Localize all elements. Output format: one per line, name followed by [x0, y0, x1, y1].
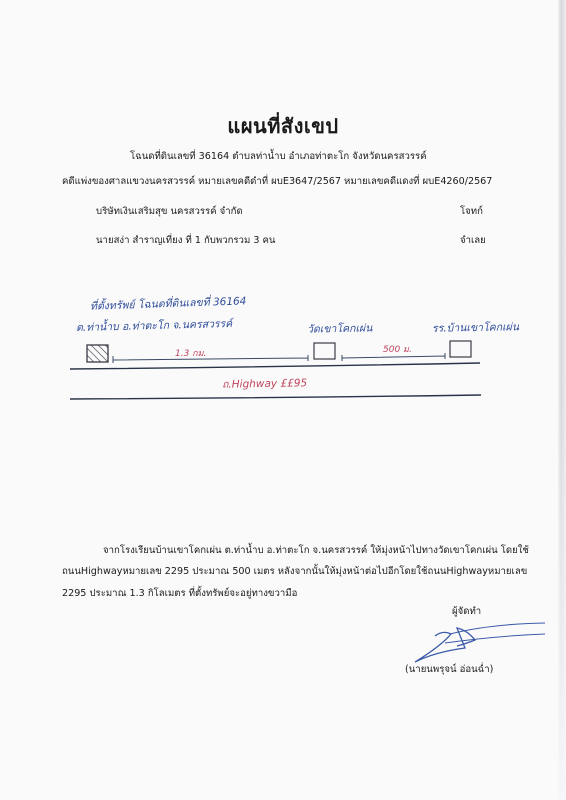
signatory-name: (นายนพรุจน์ อ่อนฉ่ำ) [405, 662, 493, 677]
directions-line-2: ถนนHighwayหมายเลข 2295 ประมาณ 500 เมตร ห… [62, 564, 527, 579]
page-edge-fade [558, 400, 566, 800]
sketch-map-diagram [0, 330, 566, 410]
property-marker [87, 345, 108, 362]
plaintiff-role: โจทก์ [460, 204, 483, 219]
road-edge-top [70, 363, 480, 369]
directions-line-3: 2295 ประมาณ 1.3 กิโลเมตร ที่ตั้งทรัพย์จะ… [62, 586, 297, 601]
directions-line-1: จากโรงเรียนบ้านเขาโคกเผ่น ต.ท่าน้ำบ อ.ท่… [103, 543, 529, 558]
defendant-name: นายสง่า สำราญเที่ยง ที่ 1 กับพวกรวม 3 คน [96, 233, 275, 248]
road-edge-bottom [70, 395, 481, 399]
signature-mark [395, 618, 545, 668]
document-title: แผนที่สังเขป [0, 110, 566, 142]
defendant-role: จำเลย [460, 233, 486, 248]
temple-marker [314, 343, 335, 359]
distance-line-2 [342, 353, 445, 361]
plaintiff-name: บริษัทเงินเสริมสุข นครสวรรค์ จำกัด [96, 204, 243, 219]
deed-line: โฉนดที่ดินเลขที่ 36164 ตำบลท่าน้ำบ อำเภอ… [130, 149, 427, 164]
distance-line-1 [113, 355, 308, 363]
case-line: คดีแพ่งของศาลแขวงนครสวรรค์ หมายเลขคดีดำท… [62, 174, 492, 189]
signature-label: ผู้จัดทำ [452, 604, 481, 619]
school-marker [450, 341, 471, 357]
